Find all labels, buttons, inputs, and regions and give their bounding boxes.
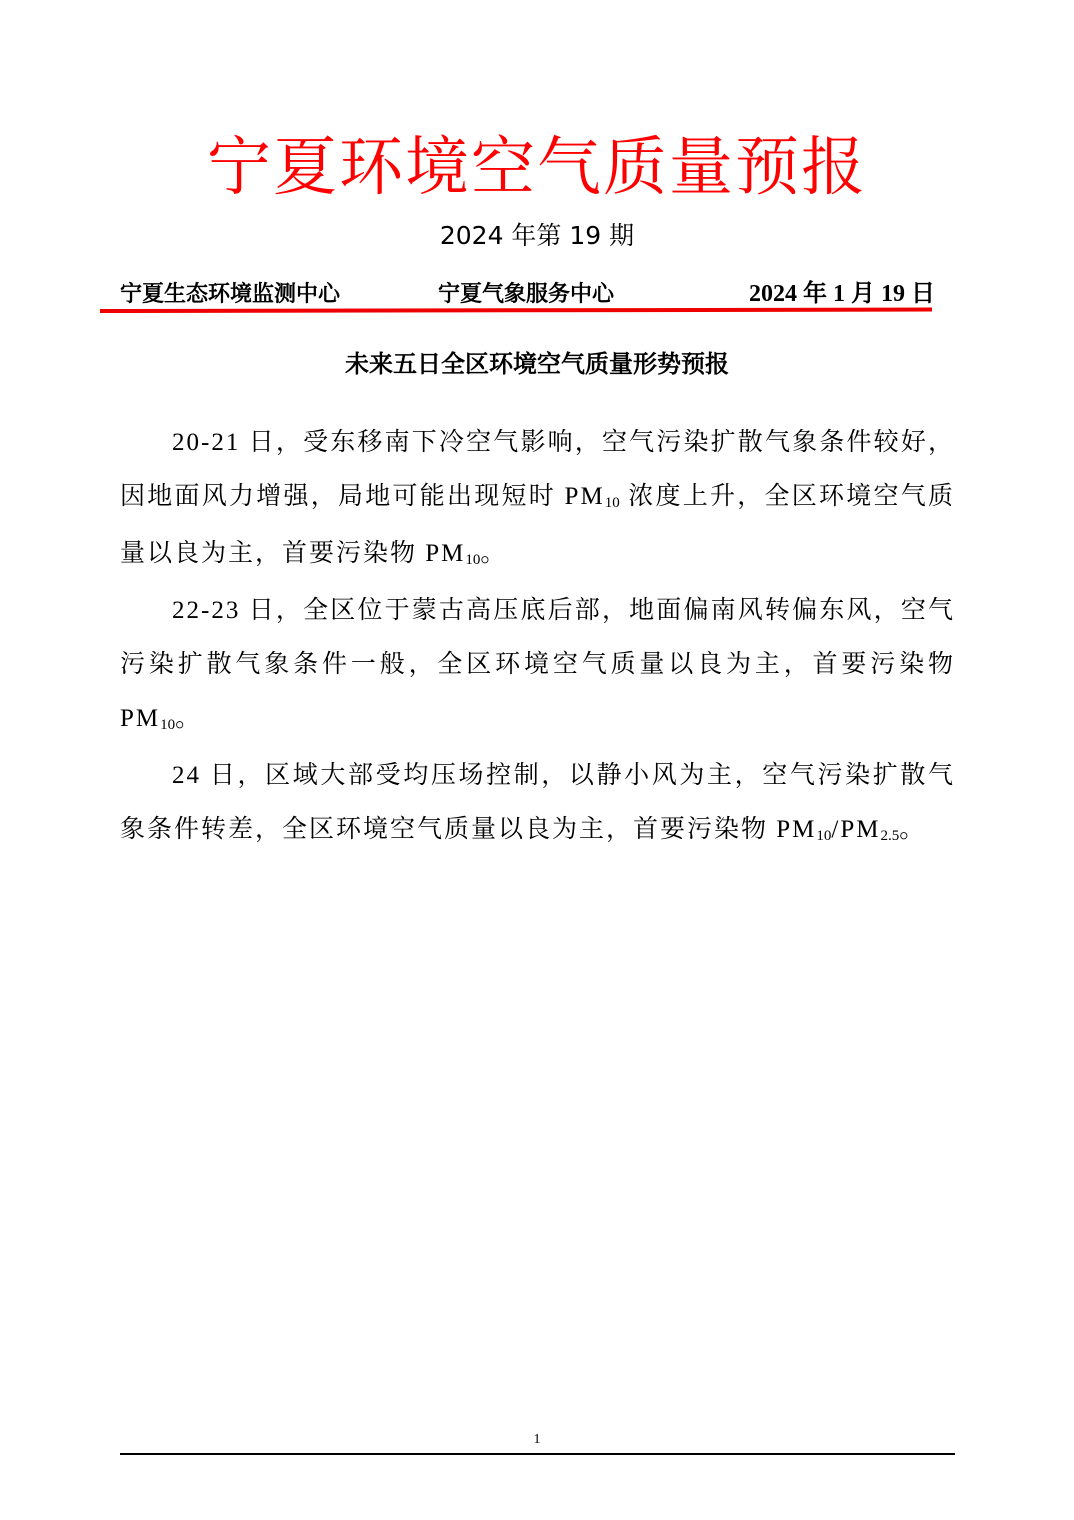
paragraph-day-22-23: 22-23 日，全区位于蒙古高压底后部，地面偏南风转偏东风，空气污染扩散气象条件…	[120, 584, 955, 749]
paragraph-day-20-21: 20-21 日，受东移南下冷空气影响，空气污染扩散气象条件较好，因地面风力增强，…	[120, 416, 955, 584]
forecast-body: 20-21 日，受东移南下冷空气影响，空气污染扩散气象条件较好，因地面风力增强，…	[120, 416, 955, 860]
issuer-row: 宁夏生态环境监测中心 宁夏气象服务中心 2024 年 1 月 19 日	[120, 278, 935, 310]
issuer-ecology-center: 宁夏生态环境监测中心	[120, 278, 340, 310]
masthead-title: 宁夏环境空气质量预报	[0, 128, 1074, 208]
issuer-meteorology-center: 宁夏气象服务中心	[438, 278, 614, 310]
page-number: 1	[0, 1432, 1074, 1448]
red-divider	[100, 308, 932, 313]
paragraph-day-24: 24 日，区域大部受均压场控制，以静小风为主，空气污染扩散气象条件转差，全区环境…	[120, 749, 955, 860]
issue-number: 2024 年第 19 期	[0, 218, 1074, 254]
issue-date: 2024 年 1 月 19 日	[749, 278, 935, 310]
section-heading: 未来五日全区环境空气质量形势预报	[0, 346, 1074, 382]
footer-divider	[120, 1453, 955, 1455]
